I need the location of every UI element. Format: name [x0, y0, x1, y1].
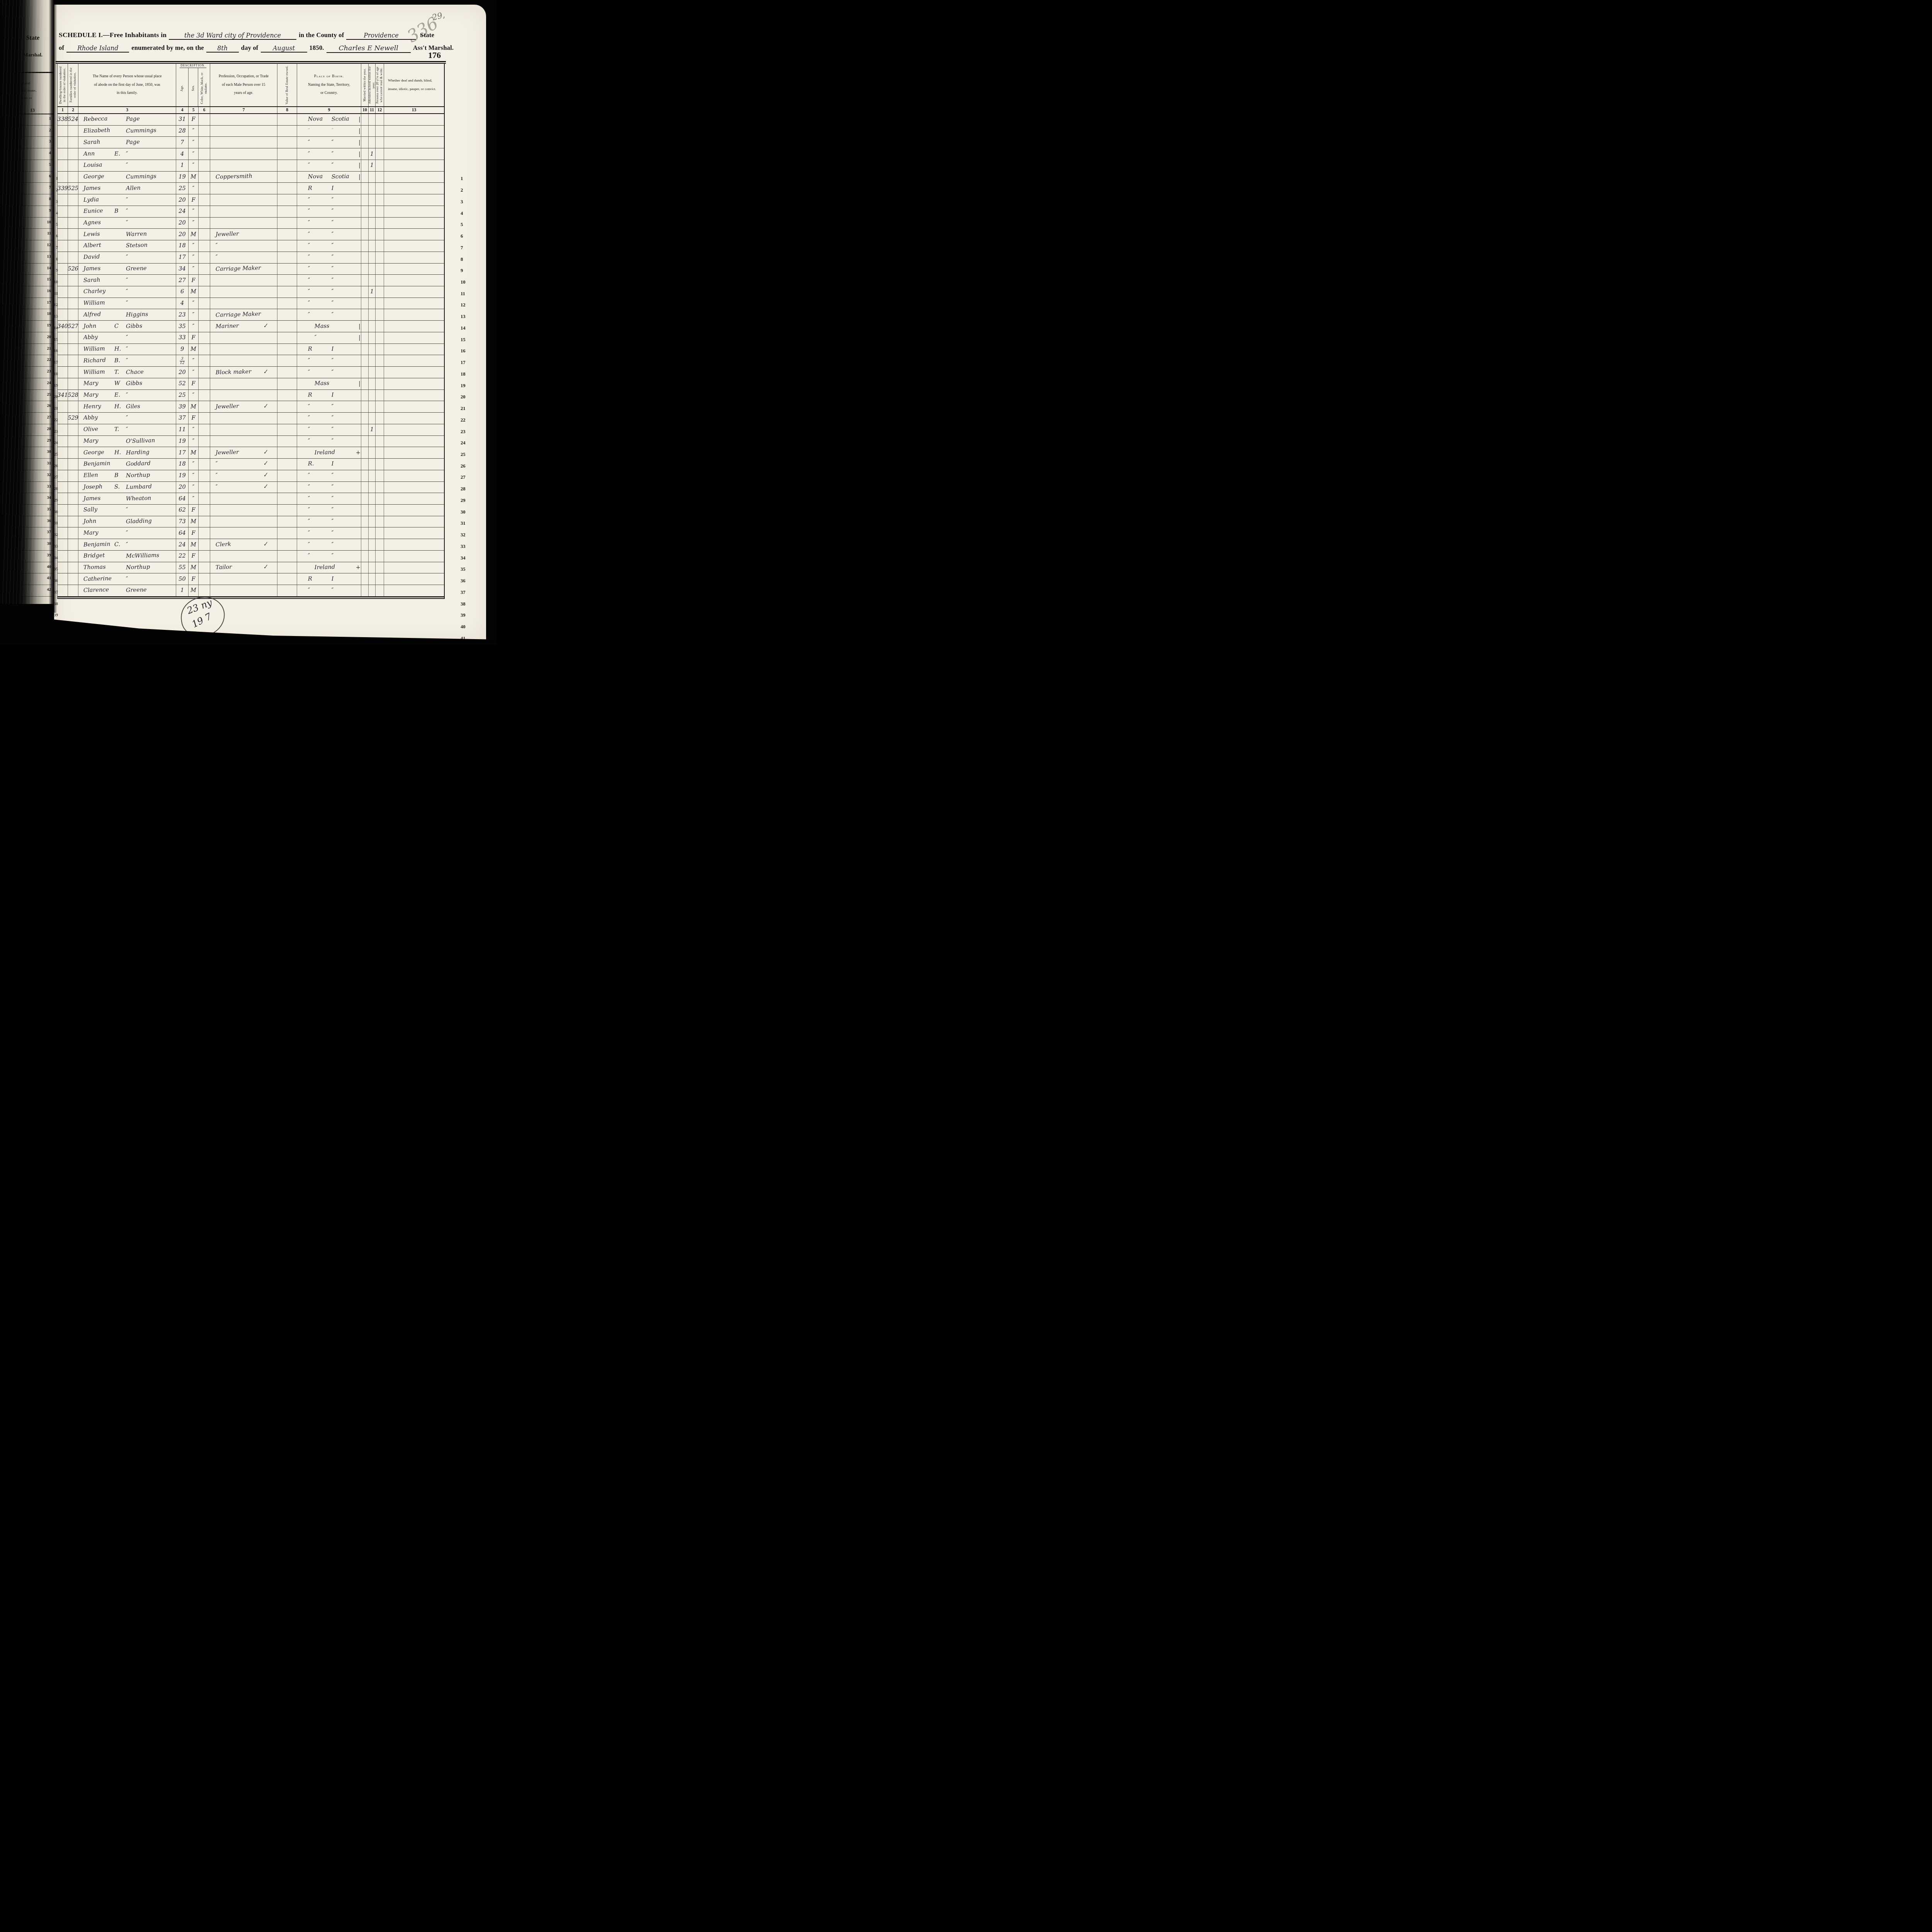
- real-estate-cell: [277, 516, 297, 527]
- of-label: of: [59, 44, 64, 52]
- sex-cell: F: [189, 527, 199, 539]
- header-color-column: Color, White, black, or mulatto.: [198, 68, 210, 106]
- birthplace-cell: ″″: [297, 470, 361, 481]
- family-number-cell: [68, 275, 78, 286]
- school-cell: [369, 309, 376, 320]
- table-row: David″17″″″″: [58, 252, 444, 264]
- married-cell: [361, 424, 369, 435]
- family-number-cell: [68, 424, 78, 435]
- family-number-cell: [68, 126, 78, 137]
- school-cell: [369, 137, 376, 148]
- row-number-right: 7: [461, 242, 474, 253]
- color-cell: [199, 401, 210, 412]
- family-number-cell: [68, 229, 78, 240]
- condition-cell: [384, 148, 444, 160]
- sex-cell: ″: [189, 148, 199, 160]
- name-given: Abby: [83, 334, 98, 341]
- family-number-cell: [68, 436, 78, 447]
- school-cell: [369, 194, 376, 206]
- sex-cell: F: [189, 551, 199, 562]
- name-given: Clarence: [83, 587, 109, 594]
- age-cell: 19: [176, 172, 189, 183]
- color-cell: [199, 252, 210, 263]
- school-cell: [369, 551, 376, 562]
- name-given: Richard: [83, 357, 105, 364]
- occupation-cell: Mariner✓: [210, 321, 277, 332]
- tally-mark: |: [359, 151, 361, 157]
- age-cell: 50: [176, 573, 189, 585]
- occupation-checkmark: ✓: [262, 564, 268, 571]
- row-number-left: 21: [54, 403, 58, 415]
- strip-row-number: 10: [47, 220, 51, 224]
- name-surname: Wheaton: [126, 495, 151, 502]
- dwelling-number-cell: [58, 252, 68, 263]
- strip-row: 21: [2, 344, 53, 355]
- birthplace-word2: ″: [332, 243, 334, 249]
- name-given: Benjamin: [83, 541, 110, 548]
- occupation-cell: [210, 585, 277, 596]
- cannot-read-cell: [376, 424, 384, 435]
- cannot-read-cell: [376, 252, 384, 263]
- family-number-cell: [68, 573, 78, 585]
- row-number-right: 35: [461, 564, 474, 575]
- name-surname: ″: [126, 576, 128, 582]
- strip-row: 26: [2, 401, 53, 413]
- tally-circle-annotation: 23 ny 19 7: [179, 594, 227, 639]
- name-given: James: [83, 495, 100, 502]
- occupation-checkmark: ✓: [262, 449, 268, 456]
- family-number-cell: 529: [68, 413, 78, 424]
- cannot-read-cell: [376, 321, 384, 332]
- sex-cell: M: [189, 344, 199, 355]
- table-row: OliveT.″11″″″1: [58, 424, 444, 436]
- dwelling-number-cell: [58, 344, 68, 355]
- condition-cell: [384, 390, 444, 401]
- real-estate-cell: [277, 424, 297, 435]
- name-given: Sally: [83, 507, 97, 513]
- family-number-cell: [68, 527, 78, 539]
- sex-cell: M: [189, 447, 199, 458]
- dwelling-number-cell: [58, 206, 68, 217]
- strip-row: 37: [2, 527, 53, 539]
- table-row: AlfredHiggins23″Carriage Maker″″: [58, 309, 444, 321]
- age-cell: 25: [176, 390, 189, 401]
- married-cell: [361, 172, 369, 183]
- strip-row-number: 20: [47, 335, 51, 339]
- header-sex-column: Sex.: [189, 68, 199, 106]
- name-surname: ″: [126, 277, 128, 283]
- header-birthplace-column: Place of Birth. Naming the State, Territ…: [297, 64, 361, 106]
- family-number-cell: [68, 298, 78, 309]
- birthplace-word2: ″: [332, 495, 334, 502]
- birthplace-word1: ″: [308, 265, 310, 272]
- birthplace-word2: ″: [332, 231, 334, 237]
- strip-row-number: 12: [47, 243, 51, 247]
- birthplace-word2: ″: [332, 219, 334, 226]
- row-number-right: 32: [461, 529, 474, 541]
- sex-cell: M: [189, 286, 199, 298]
- married-cell: [361, 585, 369, 596]
- dwelling-number-cell: [58, 137, 68, 148]
- dwelling-number-cell: [58, 516, 68, 527]
- row-number-right: 31: [461, 518, 474, 529]
- name-cell: RebeccaPage: [78, 114, 176, 125]
- row-number-right: 17: [461, 357, 474, 369]
- name-cell: MaryE.″: [78, 390, 176, 401]
- strip-row-number: 8: [49, 197, 51, 201]
- header-occupation-line1: Profession, Occupation, or Trade: [219, 75, 269, 79]
- header-description-group: DESCRIPTION. Age. Sex. Color, White, bla…: [176, 64, 210, 106]
- color-cell: [199, 470, 210, 481]
- family-number-cell: [68, 505, 78, 516]
- dwelling-number-cell: [58, 447, 68, 458]
- row-number-left: 13: [54, 311, 58, 323]
- name-cell: Sarah″: [78, 275, 176, 286]
- cannot-read-cell: [376, 573, 384, 585]
- name-given: Lydia: [83, 196, 99, 203]
- name-middle: E.: [114, 392, 121, 398]
- strip-row-number: 29: [47, 439, 51, 443]
- row-number-right: 18: [461, 368, 474, 380]
- birthplace-cell: RI: [297, 183, 361, 194]
- real-estate-cell: [277, 218, 297, 229]
- condition-cell: [384, 298, 444, 309]
- real-estate-cell: [277, 378, 297, 389]
- birthplace-cell: ″″: [297, 539, 361, 550]
- row-number-right: 8: [461, 253, 474, 265]
- occupation-checkmark: ✓: [262, 460, 268, 467]
- age-cell: 37: [176, 413, 189, 424]
- age-cell: 20: [176, 229, 189, 240]
- column-number: 8: [277, 107, 297, 113]
- strip-row: 20: [2, 332, 53, 344]
- color-cell: [199, 344, 210, 355]
- condition-cell: [384, 137, 444, 148]
- school-cell: [369, 390, 376, 401]
- birthplace-word1: ″: [308, 311, 310, 318]
- occupation-text: Jeweller: [216, 403, 239, 410]
- cannot-read-cell: [376, 183, 384, 194]
- school-cell: [369, 573, 376, 585]
- name-given: Albert: [83, 242, 101, 249]
- age-cell: 20: [176, 367, 189, 378]
- real-estate-cell: [277, 344, 297, 355]
- strip-fragment-line: deaf and: [19, 80, 53, 87]
- age-cell: 312: [176, 355, 189, 366]
- color-cell: [199, 505, 210, 516]
- occupation-cell: ″✓: [210, 482, 277, 493]
- birthplace-cell: ″″|: [297, 126, 361, 137]
- column-number: 11: [369, 107, 376, 113]
- birthplace-text: Ireland: [314, 449, 335, 456]
- family-number-cell: [68, 367, 78, 378]
- strip-row-number: 25: [47, 393, 51, 397]
- sex-cell: ″: [189, 252, 199, 263]
- strip-row: 36: [2, 516, 53, 528]
- table-row: 338524RebeccaPage31FNovaScotia|: [58, 114, 444, 126]
- birthplace-word2: ″: [332, 162, 334, 168]
- header-birthplace-line1: Place of Birth.: [314, 75, 344, 79]
- school-cell: [369, 321, 376, 332]
- header-cannot-read-text: Persons over 20 y'rs of age who cannot r…: [376, 65, 383, 105]
- family-number-cell: [68, 493, 78, 504]
- real-estate-cell: [277, 436, 297, 447]
- occupation-cell: Tailor✓: [210, 562, 277, 573]
- row-number-right: 38: [461, 598, 474, 610]
- color-cell: [199, 309, 210, 320]
- color-cell: [199, 424, 210, 435]
- name-surname: ″: [126, 197, 128, 203]
- age-cell: 35: [176, 321, 189, 332]
- real-estate-cell: [277, 539, 297, 550]
- married-cell: [361, 539, 369, 550]
- name-given: Sarah: [83, 139, 100, 146]
- occupation-cell: [210, 493, 277, 504]
- birthplace-word1: ″: [308, 128, 310, 134]
- strip-row-number: 33: [47, 485, 51, 489]
- color-cell: [199, 321, 210, 332]
- name-surname: ″: [126, 335, 128, 341]
- condition-cell: [384, 355, 444, 366]
- name-given: Lewis: [83, 231, 100, 238]
- name-given: Thomas: [83, 564, 105, 571]
- dwelling-number-cell: [58, 275, 68, 286]
- cannot-read-cell: [376, 516, 384, 527]
- occupation-cell: [210, 183, 277, 194]
- strip-row: 2: [2, 126, 53, 137]
- name-surname: Harding: [126, 449, 150, 456]
- strip-row-number: 9: [49, 209, 51, 213]
- strip-row-number: 19: [47, 323, 51, 328]
- family-number-cell: [68, 240, 78, 252]
- birthplace-word1: ″: [308, 495, 310, 502]
- dwelling-number-cell: [58, 264, 68, 275]
- strip-row: 12: [2, 240, 53, 252]
- birthplace-word1: ″: [308, 254, 310, 260]
- married-cell: [361, 148, 369, 160]
- condition-cell: [384, 493, 444, 504]
- occupation-checkmark: ✓: [262, 541, 268, 548]
- name-given: Olive: [83, 426, 98, 433]
- birthplace-word2: ″: [332, 139, 334, 145]
- row-number-left: 3: [54, 196, 58, 207]
- age-cell: 23: [176, 309, 189, 320]
- header-birthplace-line2: Naming the State, Territory,: [308, 83, 350, 87]
- name-middle: H.: [114, 449, 121, 456]
- sex-cell: M: [189, 516, 199, 527]
- age-cell: 33: [176, 332, 189, 344]
- strip-row-number: 28: [47, 427, 51, 431]
- color-cell: [199, 137, 210, 148]
- age-cell: 6: [176, 286, 189, 298]
- occupation-cell: ″✓: [210, 470, 277, 481]
- age-cell: 1: [176, 585, 189, 596]
- birthplace-word2: ″: [332, 369, 334, 375]
- age-cell: 19: [176, 436, 189, 447]
- name-surname: ″: [126, 151, 128, 157]
- sex-cell: ″: [189, 218, 199, 229]
- strip-row: 5: [2, 160, 53, 172]
- birthplace-word1: ″: [308, 162, 310, 168]
- married-cell: [361, 206, 369, 217]
- census-table: Dwelling-houses numbered in the order of…: [57, 64, 445, 599]
- name-given: Charley: [83, 288, 105, 295]
- married-cell: [361, 332, 369, 344]
- occupation-text: Jeweller: [216, 231, 239, 238]
- row-number-left: 18: [54, 368, 58, 380]
- sex-cell: ″: [189, 137, 199, 148]
- occupation-text: Coppersmith: [216, 173, 252, 180]
- right-margin-row-numbers: 1234567891011121314151617181920212223242…: [461, 173, 474, 645]
- birthplace-word1: ″: [308, 243, 310, 249]
- row-number-right: 28: [461, 483, 474, 495]
- name-surname: Allen: [126, 185, 141, 192]
- row-number-right: 36: [461, 575, 474, 587]
- strip-column13-fragment: deaf andblind, insane,pauper, or: [12, 80, 53, 102]
- married-cell: [361, 413, 369, 424]
- condition-cell: [384, 573, 444, 585]
- school-cell: [369, 183, 376, 194]
- table-row: 339525JamesAllen25″RI: [58, 183, 444, 194]
- occupation-cell: Jeweller✓: [210, 401, 277, 412]
- occupation-cell: [210, 355, 277, 366]
- condition-cell: [384, 516, 444, 527]
- married-cell: [361, 218, 369, 229]
- header-school-column: Attended School within the year.: [369, 64, 376, 106]
- header-school-text: Attended School within the year.: [369, 65, 376, 105]
- name-cell: ElizabethCummings: [78, 126, 176, 137]
- row-number-left: 34: [54, 552, 58, 564]
- strip-row-number: 11: [47, 231, 51, 236]
- birthplace-cell: ″″: [297, 516, 361, 527]
- birthplace-cell: R.I: [297, 459, 361, 470]
- dwelling-number-cell: [58, 367, 68, 378]
- sex-cell: F: [189, 505, 199, 516]
- name-surname: ″: [126, 426, 128, 432]
- birthplace-cell: NovaScotia|: [297, 172, 361, 183]
- occupation-checkmark: ✓: [262, 322, 268, 329]
- birthplace-cell: ″″: [297, 367, 361, 378]
- married-cell: [361, 160, 369, 171]
- row-number-left: 12: [54, 299, 58, 311]
- name-middle: H.: [114, 403, 121, 410]
- strip-row: 7: [2, 183, 53, 194]
- dwelling-number-cell: [58, 172, 68, 183]
- color-cell: [199, 562, 210, 573]
- tally-mark: |: [359, 174, 361, 180]
- strip-row: 38: [2, 539, 53, 551]
- birthplace-word1: ″: [308, 426, 310, 432]
- birthplace-word1: Nova: [308, 173, 323, 180]
- strip-row: 17: [2, 298, 53, 310]
- strip-row: 8: [2, 194, 53, 206]
- name-surname: ″: [126, 357, 128, 364]
- row-number-left: 25: [54, 449, 58, 461]
- birthplace-word2: ″: [332, 530, 334, 536]
- sex-cell: ″: [189, 459, 199, 470]
- married-cell: [361, 436, 369, 447]
- cannot-read-cell: [376, 240, 384, 252]
- family-number-cell: [68, 194, 78, 206]
- row-number-right: 41: [461, 633, 474, 644]
- occupation-cell: [210, 527, 277, 539]
- occupation-cell: Carriage Maker: [210, 264, 277, 275]
- age-cell: 18: [176, 240, 189, 252]
- birthplace-word1: ″: [308, 197, 310, 203]
- birthplace-word2: ″: [332, 128, 334, 134]
- dwelling-number-cell: [58, 148, 68, 160]
- occupation-text: ″: [216, 484, 218, 490]
- birthplace-word1: ″: [308, 530, 310, 536]
- occupation-text: ″: [216, 472, 218, 478]
- cannot-read-cell: [376, 562, 384, 573]
- strip-row-number: 32: [47, 473, 51, 477]
- name-cell: SarahPage: [78, 137, 176, 148]
- occupation-cell: [210, 573, 277, 585]
- table-row: JosephS.Lumbard20″″✓″″: [58, 482, 444, 493]
- birthplace-word1: R: [308, 346, 312, 352]
- name-middle: C.: [114, 541, 121, 548]
- row-number-right: 34: [461, 552, 474, 564]
- condition-cell: [384, 206, 444, 217]
- cannot-read-cell: [376, 126, 384, 137]
- birthplace-word2: ″: [332, 357, 334, 364]
- cannot-read-cell: [376, 447, 384, 458]
- real-estate-cell: [277, 298, 297, 309]
- name-cell: Sally″: [78, 505, 176, 516]
- married-cell: [361, 183, 369, 194]
- table-row: 340527JohnCGibbs35″Mariner✓Mass|: [58, 321, 444, 332]
- strip-row: 13: [2, 252, 53, 264]
- family-number-cell: [68, 378, 78, 389]
- sex-cell: F: [189, 275, 199, 286]
- sex-cell: M: [189, 562, 199, 573]
- dwelling-number-cell: [58, 424, 68, 435]
- name-middle: T.: [114, 369, 119, 375]
- age-cell: 62: [176, 505, 189, 516]
- strip-row: 39: [2, 551, 53, 562]
- header-family-text: Families numbered in the order of visita…: [69, 65, 77, 105]
- name-cell: Abby″: [78, 413, 176, 424]
- birthplace-cell: ″″|: [297, 148, 361, 160]
- strip-fragment-line: blind, insane,: [19, 87, 53, 94]
- strip-row: 29: [2, 436, 53, 447]
- married-cell: [361, 286, 369, 298]
- birthplace-word2: ″: [332, 151, 334, 157]
- name-given: Mary: [83, 438, 98, 444]
- occupation-cell: [210, 275, 277, 286]
- married-cell: [361, 252, 369, 263]
- school-cell: [369, 413, 376, 424]
- occupation-cell: Clerk✓: [210, 539, 277, 550]
- row-number-left: 31: [54, 518, 58, 529]
- dwelling-number-cell: 340: [58, 321, 68, 332]
- name-cell: JohnGladding: [78, 516, 176, 527]
- dwelling-number-cell: [58, 194, 68, 206]
- occupation-cell: [210, 516, 277, 527]
- schedule-prefix-label: SCHEDULE I.—Free Inhabitants in: [59, 31, 167, 39]
- tally-mark: |: [359, 323, 361, 330]
- row-number-right: 30: [461, 506, 474, 518]
- school-cell: [369, 562, 376, 573]
- birthplace-cell: ″″: [297, 218, 361, 229]
- cannot-read-cell: [376, 298, 384, 309]
- strip-divider: [12, 72, 53, 73]
- name-cell: HenryH.Giles: [78, 401, 176, 412]
- sex-cell: ″: [189, 367, 199, 378]
- birthplace-word2: ″: [332, 553, 334, 559]
- row-number-right: 40: [461, 621, 474, 633]
